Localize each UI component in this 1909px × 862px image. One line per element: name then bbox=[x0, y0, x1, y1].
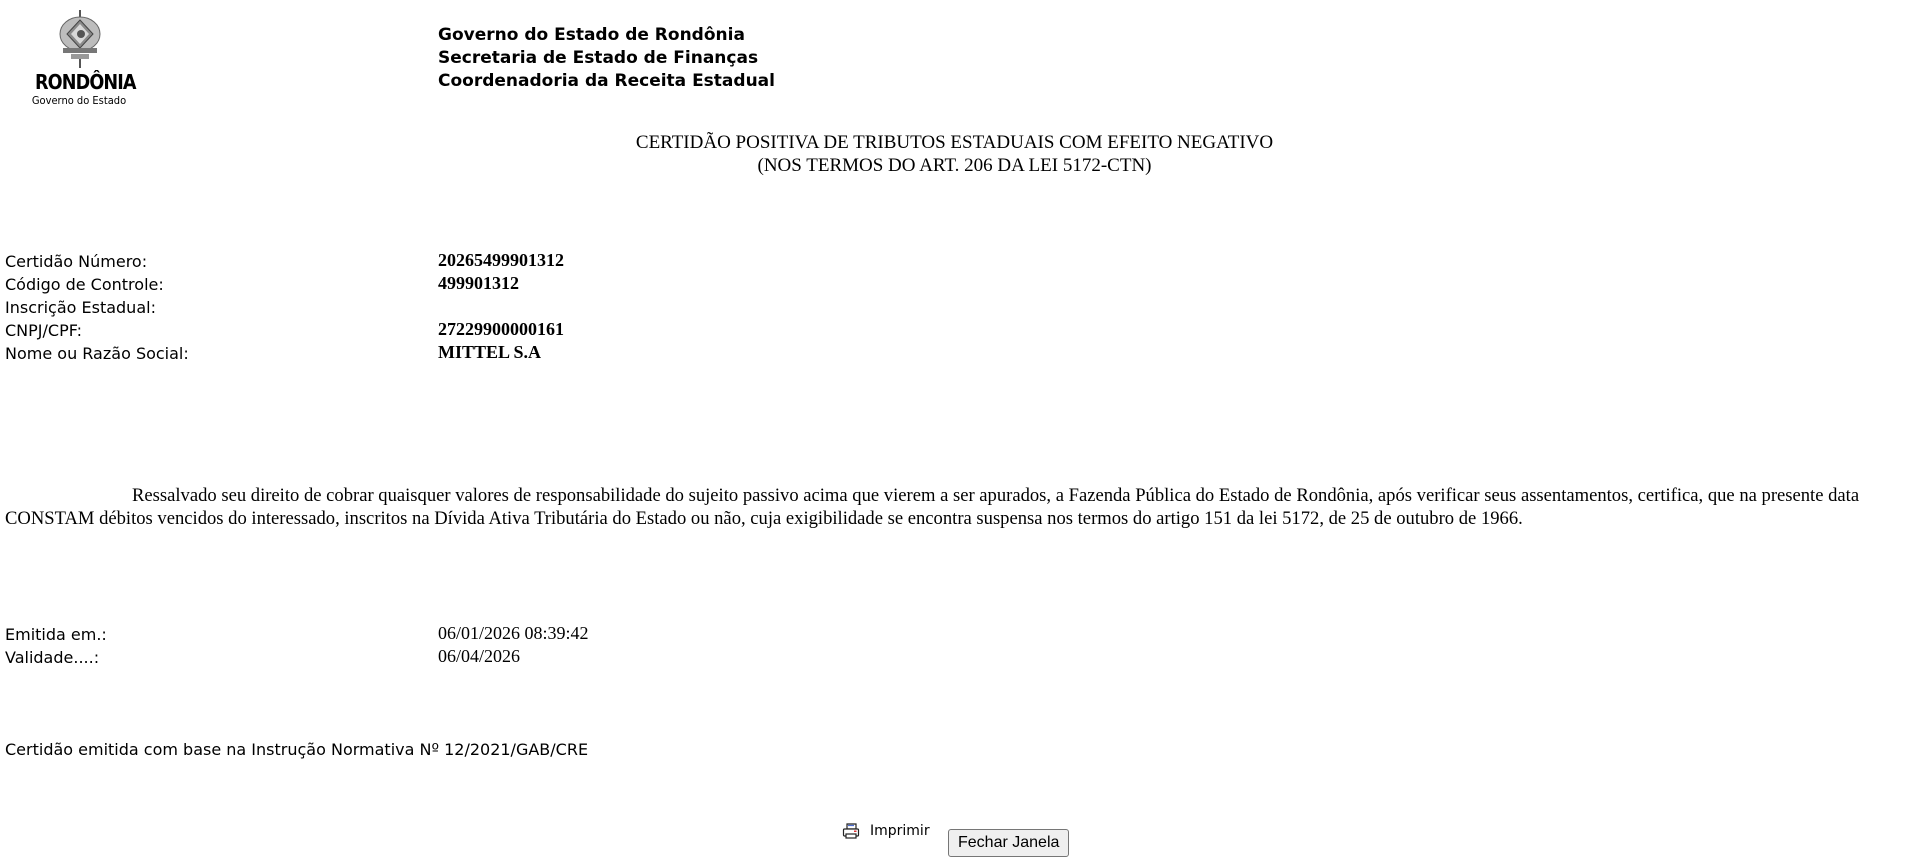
print-link[interactable]: Imprimir bbox=[842, 822, 930, 840]
document-title: CERTIDÃO POSITIVA DE TRIBUTOS ESTADUAIS … bbox=[0, 131, 1909, 177]
logo-brand-text: RONDÔNIA bbox=[35, 70, 123, 94]
org-line-government: Governo do Estado de Rondônia bbox=[438, 24, 775, 47]
validity-label: Validade....: bbox=[5, 646, 99, 669]
issued-at-label: Emitida em.: bbox=[5, 623, 107, 646]
title-line-2: (NOS TERMOS DO ART. 206 DA LEI 5172-CTN) bbox=[0, 154, 1909, 177]
printer-icon bbox=[842, 822, 860, 840]
coat-of-arms-icon bbox=[55, 10, 105, 68]
field-label-razao-social: Nome ou Razão Social: bbox=[5, 342, 189, 365]
state-logo: RONDÔNIA Governo do Estado bbox=[24, 8, 134, 108]
close-window-button[interactable]: Fechar Janela bbox=[948, 829, 1069, 857]
issued-at-value: 06/01/2026 08:39:42 bbox=[438, 622, 589, 645]
field-value-cnpj-cpf: 27229900000161 bbox=[438, 318, 564, 341]
org-header: Governo do Estado de Rondônia Secretaria… bbox=[438, 24, 775, 93]
field-label-cnpj-cpf: CNPJ/CPF: bbox=[5, 319, 82, 342]
normative-note: Certidão emitida com base na Instrução N… bbox=[5, 738, 588, 761]
logo-subtitle: Governo do Estado bbox=[30, 94, 129, 107]
certification-text: Ressalvado seu direito de cobrar quaisqu… bbox=[5, 484, 1907, 530]
print-label[interactable]: Imprimir bbox=[870, 823, 930, 839]
field-label-codigo-controle: Código de Controle: bbox=[5, 273, 164, 296]
field-value-codigo-controle: 499901312 bbox=[438, 272, 519, 295]
field-value-certidao-numero: 20265499901312 bbox=[438, 249, 564, 272]
field-label-certidao-numero: Certidão Número: bbox=[5, 250, 147, 273]
field-value-razao-social: MITTEL S.A bbox=[438, 341, 541, 364]
title-line-1: CERTIDÃO POSITIVA DE TRIBUTOS ESTADUAIS … bbox=[0, 131, 1909, 154]
validity-value: 06/04/2026 bbox=[438, 645, 520, 668]
field-label-inscricao-estadual: Inscrição Estadual: bbox=[5, 296, 156, 319]
org-line-secretariat: Secretaria de Estado de Finanças bbox=[438, 47, 775, 70]
org-line-coordination: Coordenadoria da Receita Estadual bbox=[438, 70, 775, 93]
